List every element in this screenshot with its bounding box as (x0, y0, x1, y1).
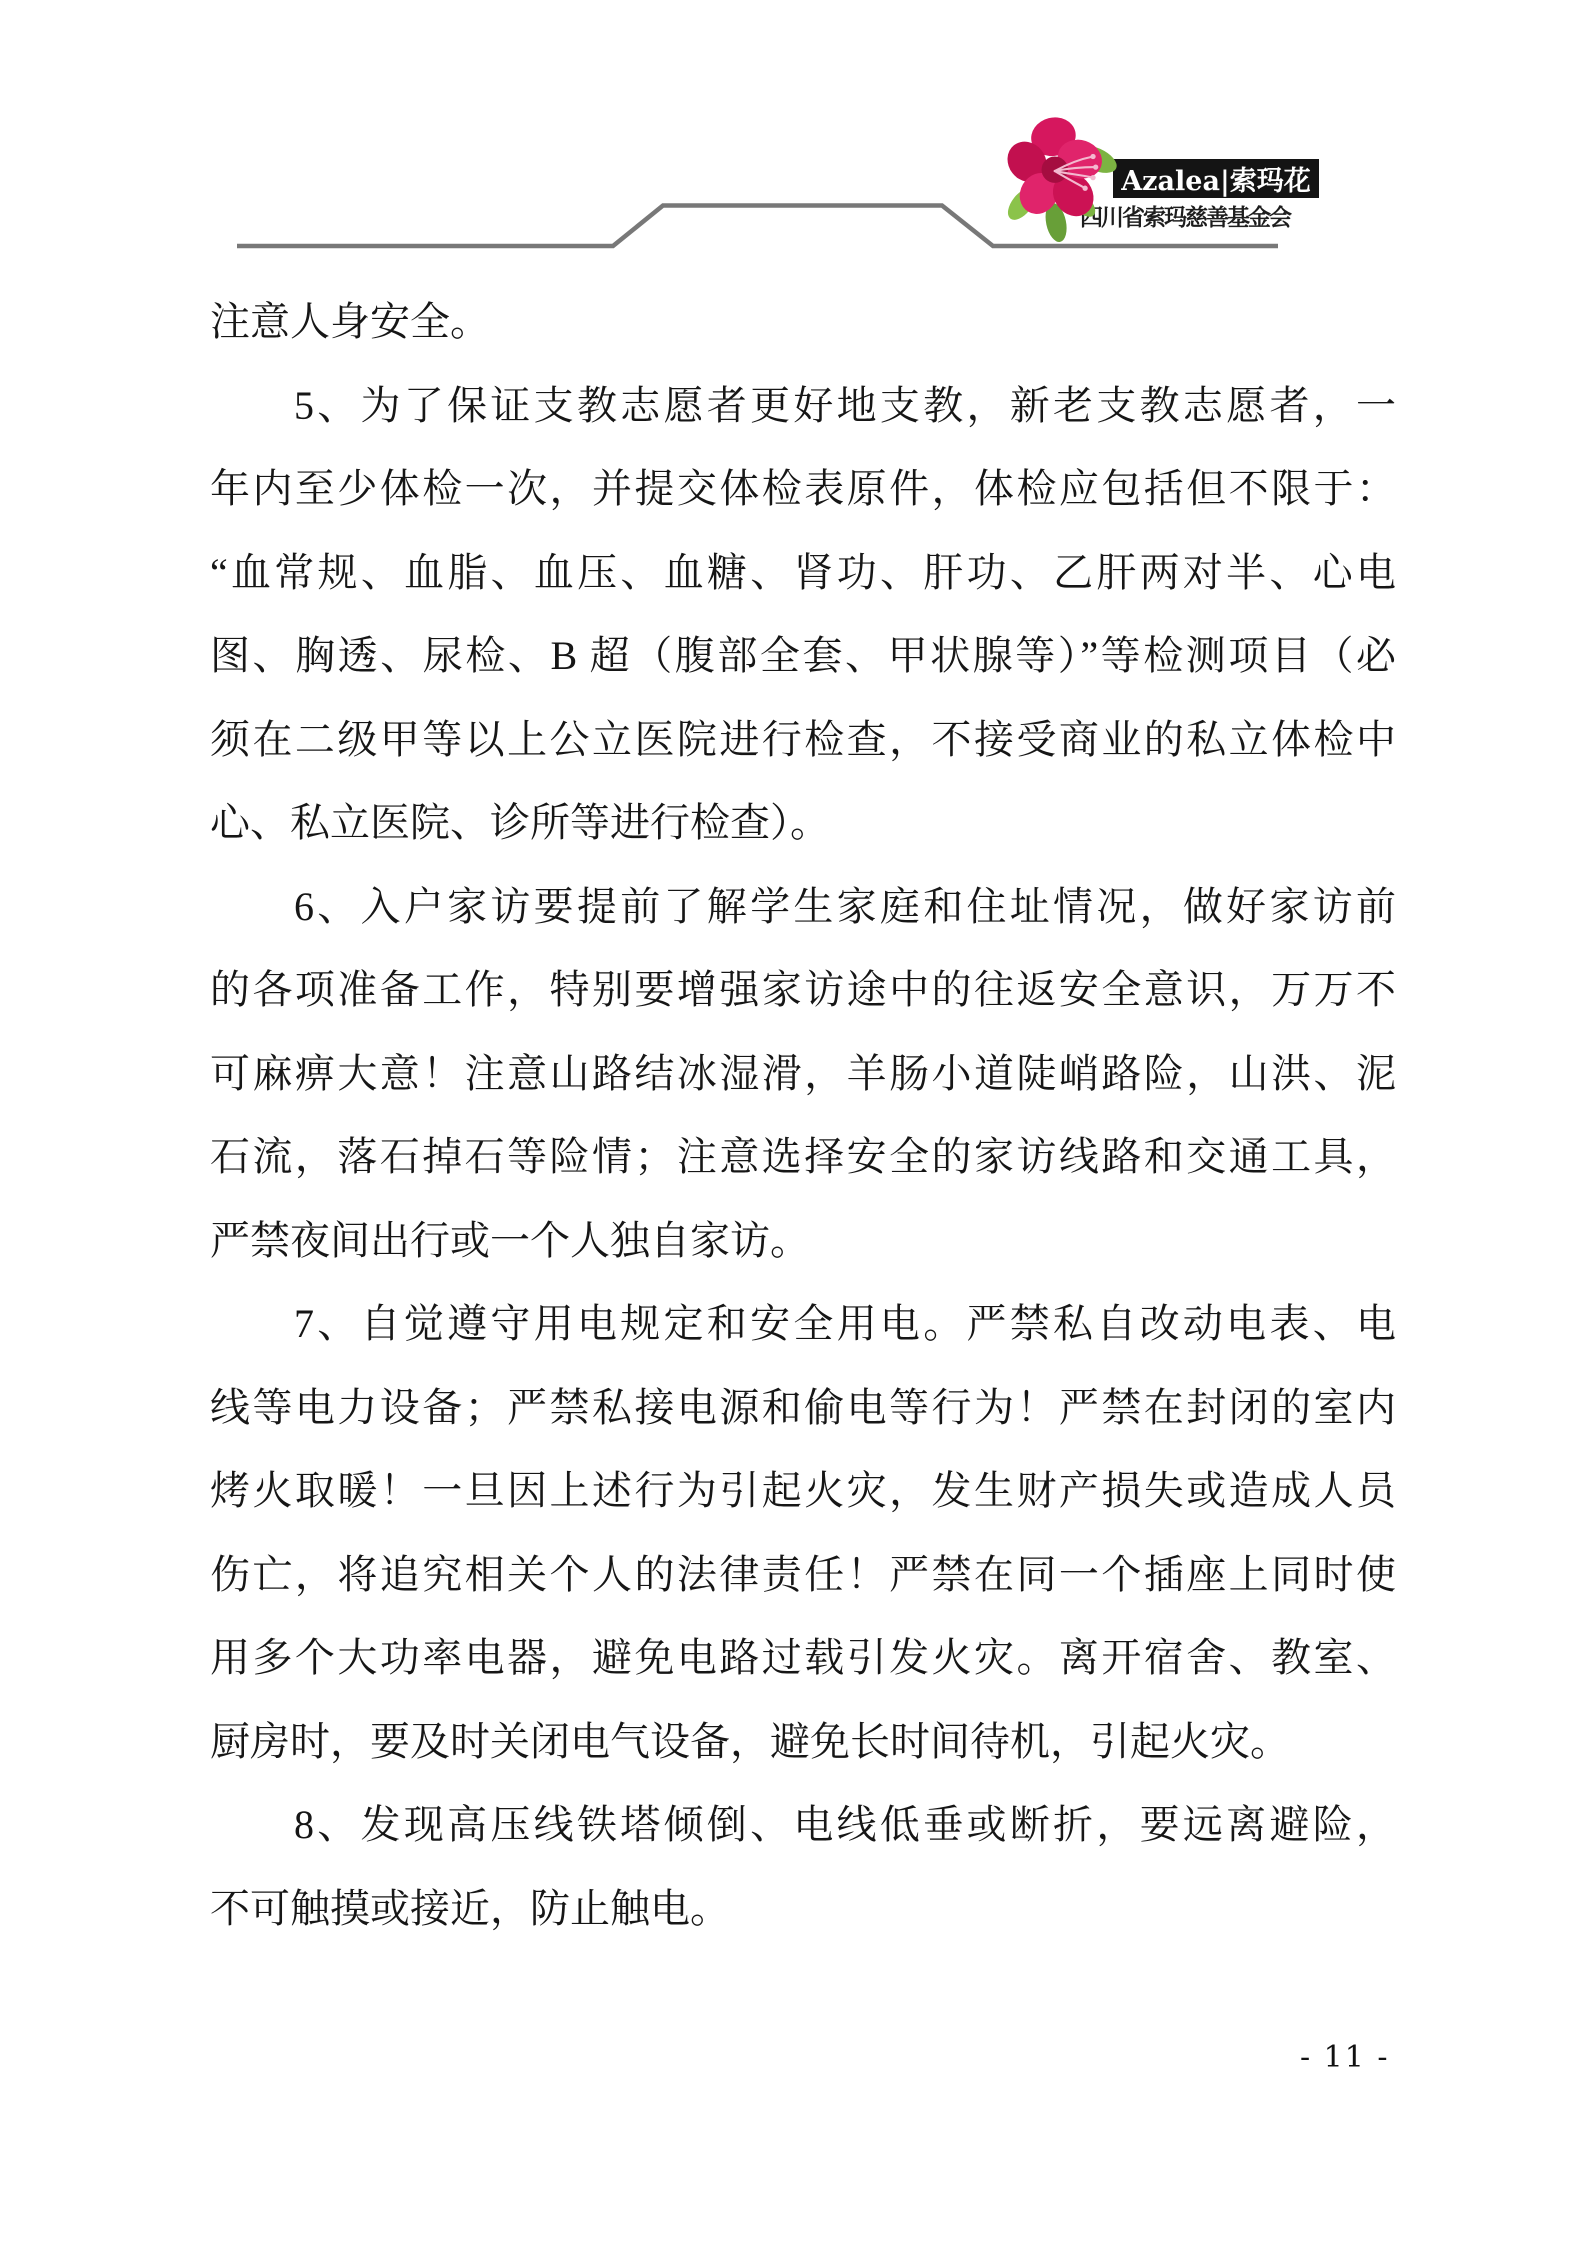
text-line: 8、发现高压线铁塔倾倒、电线低垂或断折，要远离避险， (210, 1783, 1396, 1867)
text-line: 厨房时，要及时关闭电气设备，避免长时间待机，引起火灾。 (210, 1700, 1396, 1784)
text-line: “血常规、血脂、血压、血糖、肾功、肝功、乙肝两对半、心电 (210, 531, 1396, 615)
text-line: 年内至少体检一次，并提交体检表原件，体检应包括但不限于： (210, 447, 1396, 531)
text-line: 6、入户家访要提前了解学生家庭和住址情况，做好家访前 (210, 865, 1396, 949)
text-line: 线等电力设备；严禁私接电源和偷电等行为！严禁在封闭的室内 (210, 1366, 1396, 1450)
text-line: 5、为了保证支教志愿者更好地支教，新老支教志愿者，一 (210, 364, 1396, 448)
text-line: 可麻痹大意！注意山路结冰湿滑，羊肠小道陡峭路险，山洪、泥 (210, 1032, 1396, 1116)
azalea-flower-icon (998, 106, 1130, 244)
text-line: 的各项准备工作，特别要增强家访途中的往返安全意识，万万不 (210, 948, 1396, 1032)
azalea-logo: Azalea|索玛花 四川省索玛慈善基金会 (0, 0, 1587, 300)
body-text: 注意人身安全。 5、为了保证支教志愿者更好地支教，新老支教志愿者，一 年内至少体… (210, 280, 1396, 1950)
text-line: 注意人身安全。 (210, 280, 1396, 364)
text-line: 伤亡，将追究相关个人的法律责任！严禁在同一个插座上同时使 (210, 1533, 1396, 1617)
document-page: Azalea|索玛花 四川省索玛慈善基金会 (0, 0, 1587, 2245)
text-line: 严禁夜间出行或一个人独自家访。 (210, 1199, 1396, 1283)
text-line: 7、自觉遵守用电规定和安全用电。严禁私自改动电表、电 (210, 1282, 1396, 1366)
text-line: 心、私立医院、诊所等进行检查）。 (210, 781, 1396, 865)
logo-banner-text: Azalea|索玛花 (1121, 159, 1311, 198)
text-line: 石流，落石掉石等险情；注意选择安全的家访线路和交通工具， (210, 1115, 1396, 1199)
text-line: 图、胸透、尿检、B 超（腹部全套、甲状腺等）”等检测项目（必 (210, 614, 1396, 698)
page-number: - 11 - (1300, 2040, 1410, 2075)
text-line: 须在二级甲等以上公立医院进行检查，不接受商业的私立体检中 (210, 698, 1396, 782)
text-line: 用多个大功率电器，避免电路过载引发火灾。离开宿舍、教室、 (210, 1616, 1396, 1700)
logo-banner: Azalea|索玛花 (1113, 159, 1319, 198)
text-line: 不可触摸或接近，防止触电。 (210, 1867, 1396, 1951)
text-line: 烤火取暖！一旦因上述行为引起火灾，发生财产损失或造成人员 (210, 1449, 1396, 1533)
